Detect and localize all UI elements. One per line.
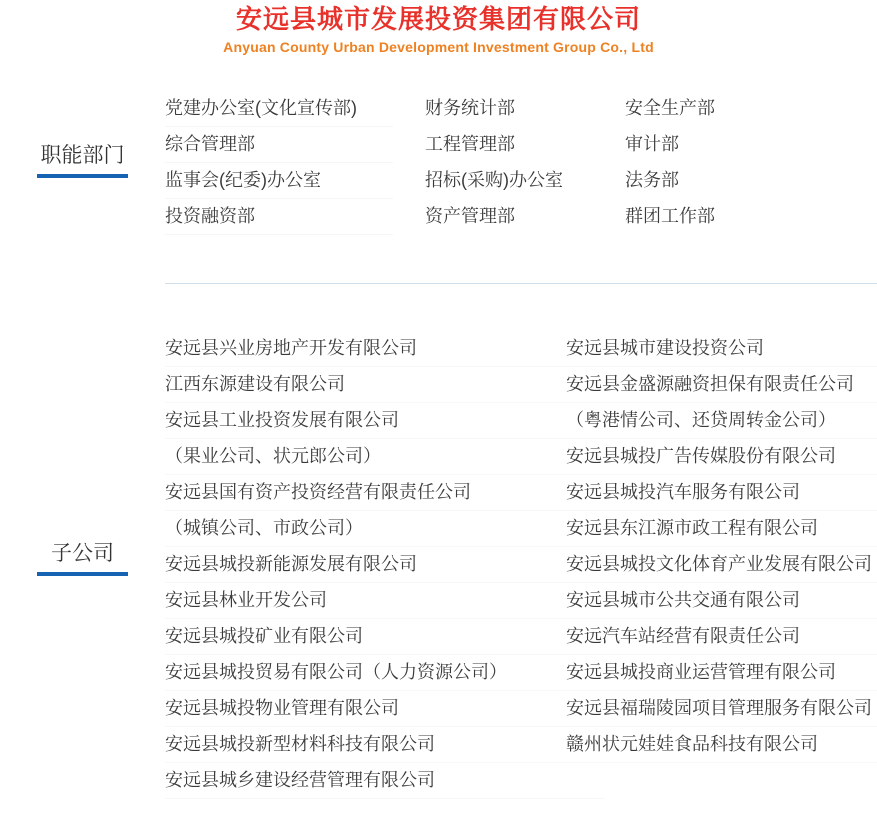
department-item: 法务部 (625, 163, 877, 199)
subsidiary-item: （城镇公司、市政公司） (165, 511, 605, 547)
subsidiary-item: 江西东源建设有限公司 (165, 367, 605, 403)
subsidiary-item: 安远县城投广告传媒股份有限公司 (566, 439, 877, 475)
department-item: 监事会(纪委)办公室 (165, 163, 393, 199)
department-item: 安全生产部 (625, 91, 877, 127)
subsidiaries-label-underline (37, 572, 128, 576)
departments-column-1: 党建办公室(文化宣传部) 综合管理部 监事会(纪委)办公室 投资融资部 (165, 91, 393, 235)
departments-label-text: 职能部门 (41, 144, 125, 167)
subsidiary-item: 安远县林业开发公司 (165, 583, 605, 619)
department-item: 党建办公室(文化宣传部) (165, 91, 393, 127)
subsidiary-item: 安远县城投文化体育产业发展有限公司 (566, 547, 877, 583)
company-title: 安远县城市发展投资集团有限公司 (0, 5, 877, 35)
subsidiary-item: 安远县城投新能源发展有限公司 (165, 547, 605, 583)
departments-label-underline (37, 174, 128, 178)
department-item: 招标(采购)办公室 (425, 163, 625, 199)
subsidiary-item: 安远县城市公共交通有限公司 (566, 583, 877, 619)
subsidiary-item: 安远县工业投资发展有限公司 (165, 403, 605, 439)
subsidiary-item: 赣州状元娃娃食品科技有限公司 (566, 727, 877, 763)
subsidiary-item: 安远县城投新型材料科技有限公司 (165, 727, 605, 763)
subsidiary-item: 安远县金盛源融资担保有限责任公司 (566, 367, 877, 403)
department-item: 资产管理部 (425, 199, 625, 235)
subsidiary-item: 安远县城投贸易有限公司（人力资源公司） (165, 655, 605, 691)
subsidiary-item: 安远县兴业房地产开发有限公司 (165, 331, 605, 367)
page: 安远县城市发展投资集团有限公司 Anyuan County Urban Deve… (0, 0, 877, 836)
subsidiaries-label-text: 子公司 (51, 542, 114, 565)
subsidiaries-section-label: 子公司 (37, 543, 128, 576)
department-item: 工程管理部 (425, 127, 625, 163)
department-item: 综合管理部 (165, 127, 393, 163)
subsidiary-item: 安远县城投商业运营管理有限公司 (566, 655, 877, 691)
subsidiary-item: 安远县城投物业管理有限公司 (165, 691, 605, 727)
header: 安远县城市发展投资集团有限公司 Anyuan County Urban Deve… (0, 5, 877, 55)
subsidiary-item: 安远县城市建设投资公司 (566, 331, 877, 367)
department-item: 投资融资部 (165, 199, 393, 235)
departments-section-label: 职能部门 (37, 145, 128, 178)
subsidiary-item: 安远汽车站经营有限责任公司 (566, 619, 877, 655)
subsidiary-item: 安远县东江源市政工程有限公司 (566, 511, 877, 547)
subsidiary-item: （果业公司、状元郎公司） (165, 439, 605, 475)
section-divider (165, 283, 877, 284)
departments-column-3: 安全生产部 审计部 法务部 群团工作部 (625, 91, 877, 235)
subsidiaries-column-left: 安远县兴业房地产开发有限公司 江西东源建设有限公司 安远县工业投资发展有限公司 … (165, 331, 605, 799)
subsidiaries-column-right: 安远县城市建设投资公司 安远县金盛源融资担保有限责任公司 （粤港情公司、还贷周转… (566, 331, 877, 763)
department-item: 财务统计部 (425, 91, 625, 127)
departments-column-2: 财务统计部 工程管理部 招标(采购)办公室 资产管理部 (425, 91, 625, 235)
department-item: 审计部 (625, 127, 877, 163)
subsidiary-item: （粤港情公司、还贷周转金公司） (566, 403, 877, 439)
company-subtitle-en: Anyuan County Urban Development Investme… (0, 39, 877, 55)
subsidiary-item: 安远县福瑞陵园项目管理服务有限公司 (566, 691, 877, 727)
subsidiary-item: 安远县城乡建设经营管理有限公司 (165, 763, 605, 799)
subsidiary-item: 安远县城投矿业有限公司 (165, 619, 605, 655)
department-item: 群团工作部 (625, 199, 877, 235)
subsidiary-item: 安远县国有资产投资经营有限责任公司 (165, 475, 605, 511)
subsidiary-item: 安远县城投汽车服务有限公司 (566, 475, 877, 511)
